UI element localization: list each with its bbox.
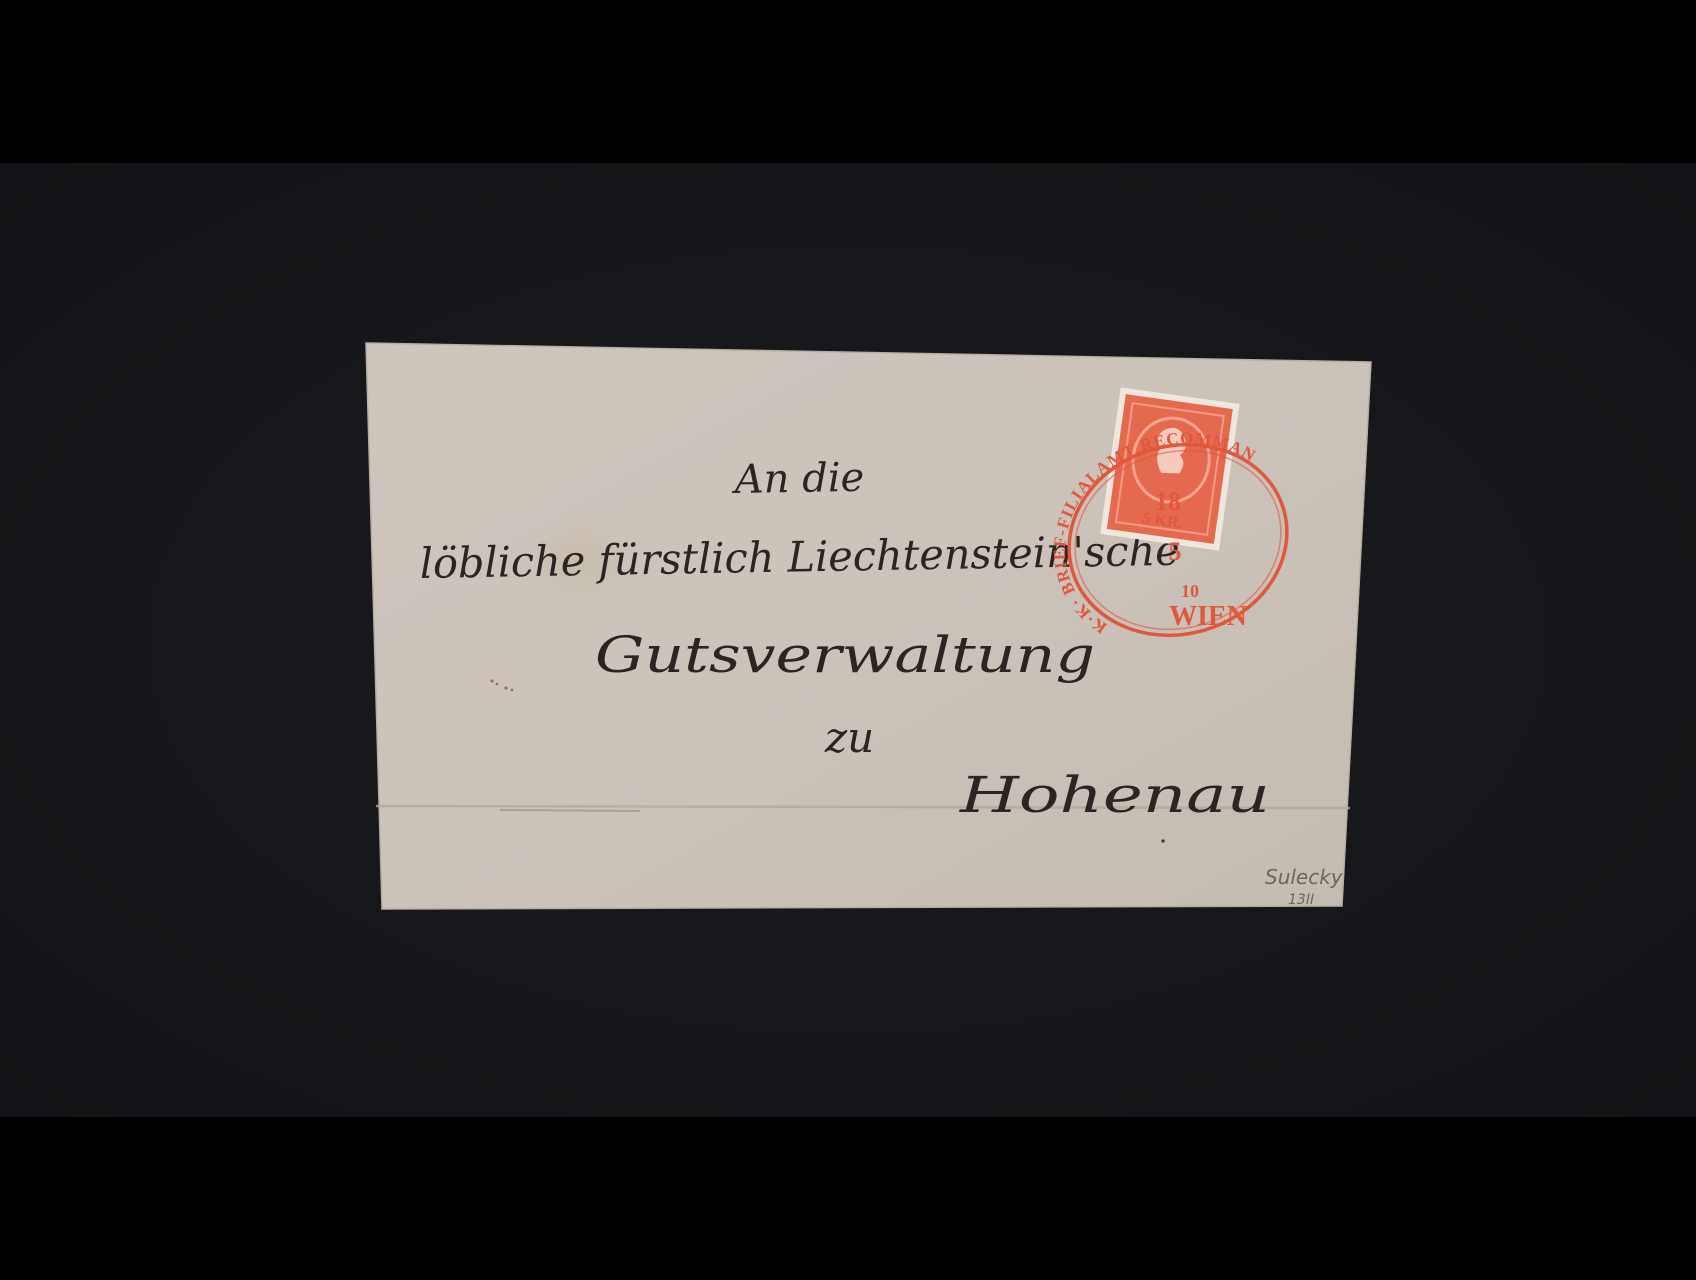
address-line-1: An die [730,455,864,503]
letter-cover: An die löbliche fürstlich Liechtenstein'… [0,0,1696,1280]
address-line-4: zu [824,713,874,762]
pencil-catalog: 13II [1288,892,1314,908]
postmark-month: 5 [1169,537,1182,566]
letter-cover-drawing: An die löbliche fürstlich Liechtenstein'… [0,0,1696,1280]
address-line-5: Hohenau [959,766,1270,824]
postmark-extra: 10 [1181,581,1199,601]
postage-stamp: 5 KR. [1100,387,1239,550]
pencil-signature: Sulecky [1265,865,1344,889]
postmark-day: 18 [1155,487,1181,516]
postmark-city: WIEN [1169,601,1247,632]
address-line-3: Gutsverwaltung [595,626,1095,684]
